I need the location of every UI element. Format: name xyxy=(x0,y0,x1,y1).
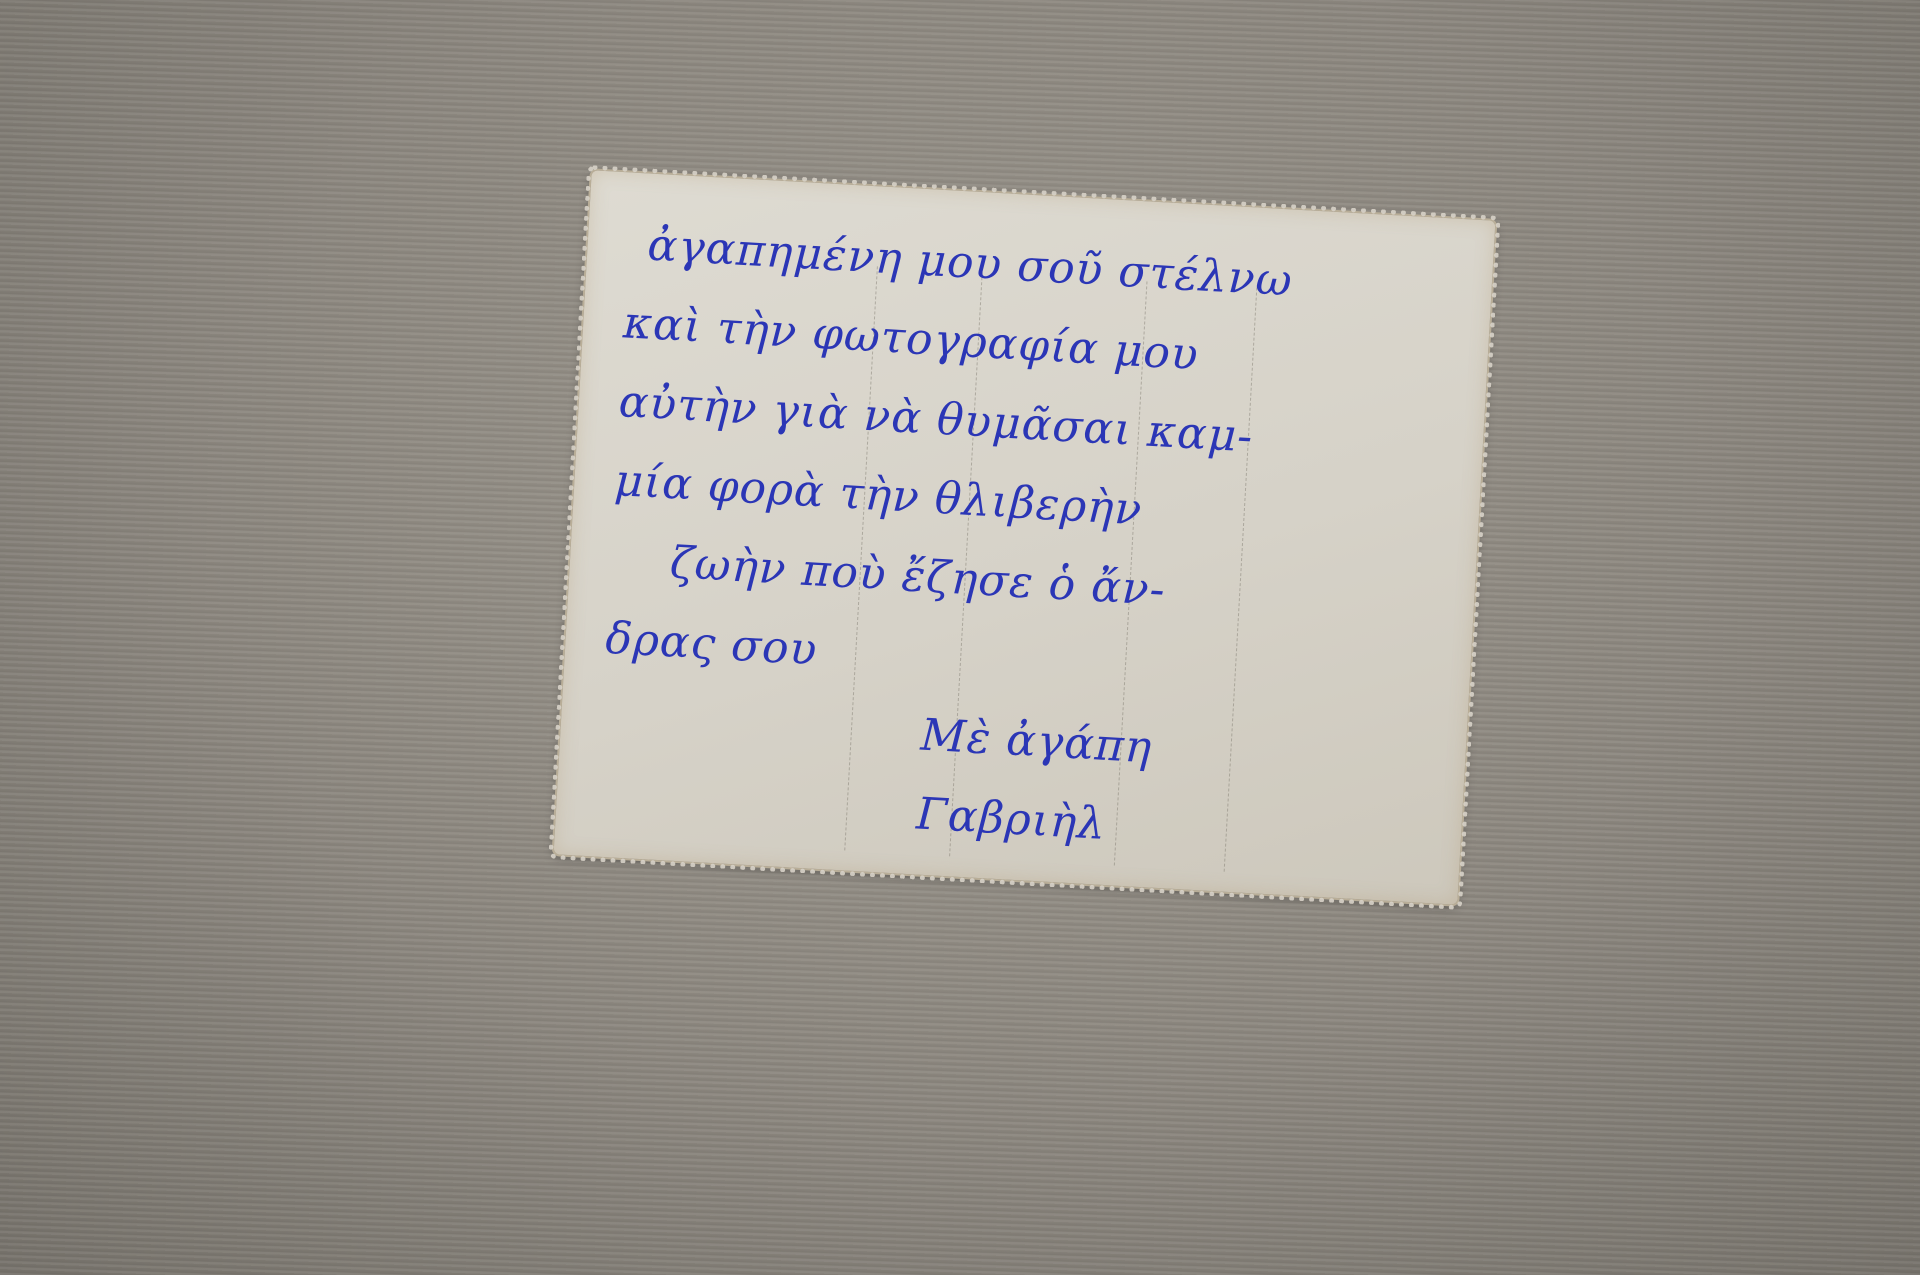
photo-card-back: ἀγαπημένη μου σοῦ στέλνω καὶ τὴν φωτογρα… xyxy=(554,170,1496,904)
handwritten-note: ἀγαπημένη μου σοῦ στέλνω καὶ τὴν φωτογρα… xyxy=(595,204,1464,882)
